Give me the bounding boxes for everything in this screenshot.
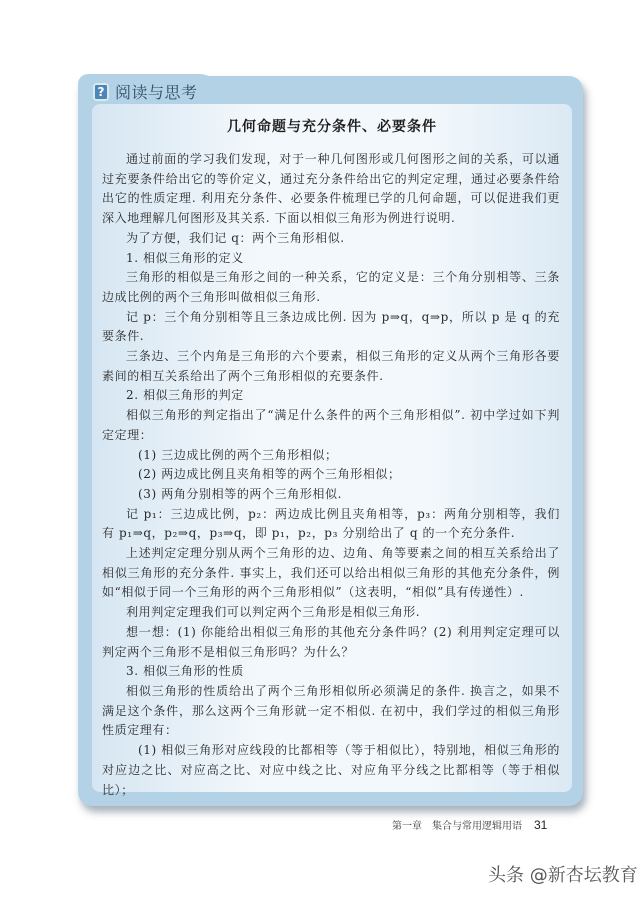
section-tab-label: 阅读与思考 <box>115 80 198 103</box>
article-title: 几何命题与充分条件、必要条件 <box>92 116 572 136</box>
question-book-icon: ? <box>93 83 109 101</box>
reading-card: 几何命题与充分条件、必要条件 通过前面的学习我们发现，对于一种几何图形或几何图形… <box>92 104 572 792</box>
section-heading: 3. 相似三角形的性质 <box>102 662 560 682</box>
paragraph: 三角形的相似是三角形之间的一种关系，它的定义是：三个角分别相等、三条边成比例的两… <box>102 268 560 307</box>
paragraph: 三条边、三个内角是三角形的六个要素，相似三角形的定义从两个三角形各要素间的相互关… <box>102 347 560 386</box>
paragraph: 记 p₁：三边成比例，p₂：两边成比例且夹角相等，p₃：两角分别相等，我们有 p… <box>102 505 560 544</box>
paragraph: 利用判定定理我们可以判定两个三角形是相似三角形. <box>102 603 560 623</box>
list-item: (2) 两边成比例且夹角相等的两个三角形相似； <box>102 465 560 485</box>
list-item: (3) 两角分别相等的两个三角形相似. <box>102 485 560 505</box>
chapter-title: 第一章 集合与常用逻辑用语 <box>392 817 522 832</box>
paragraph: 想一想：(1) 你能给出相似三角形的其他充分条件吗？(2) 利用判定定理可以判定… <box>102 623 560 662</box>
paragraph: 通过前面的学习我们发现，对于一种几何图形或几何图形之间的关系，可以通过充要条件给… <box>102 150 560 229</box>
watermark: 头条 @新杏坛教育 <box>488 861 638 887</box>
paragraph: 记 p：三个角分别相等且三条边成比例. 因为 p⇒q，q⇒p，所以 p 是 q … <box>102 308 560 347</box>
section-heading: 1. 相似三角形的定义 <box>102 249 560 269</box>
article-body: 通过前面的学习我们发现，对于一种几何图形或几何图形之间的关系，可以通过充要条件给… <box>102 150 560 800</box>
list-item: (1) 相似三角形对应线段的比都相等（等于相似比），特别地，相似三角形的对应边之… <box>102 741 560 800</box>
paragraph: 相似三角形的性质给出了两个三角形相似所必须满足的条件. 换言之，如果不满足这个条… <box>102 682 560 741</box>
paragraph: 相似三角形的判定指出了“满足什么条件的两个三角形相似”. 初中学过如下判定定理： <box>102 406 560 445</box>
page-number: 31 <box>534 818 547 832</box>
paragraph: 为了方便，我们记 q：两个三角形相似. <box>102 229 560 249</box>
page-footer: 第一章 集合与常用逻辑用语 31 <box>392 817 547 832</box>
paragraph: 上述判定定理分别从两个三角形的边、边角、角等要素之间的相互关系给出了相似三角形的… <box>102 544 560 603</box>
section-heading: 2. 相似三角形的判定 <box>102 386 560 406</box>
list-item: (1) 三边成比例的两个三角形相似； <box>102 446 560 466</box>
